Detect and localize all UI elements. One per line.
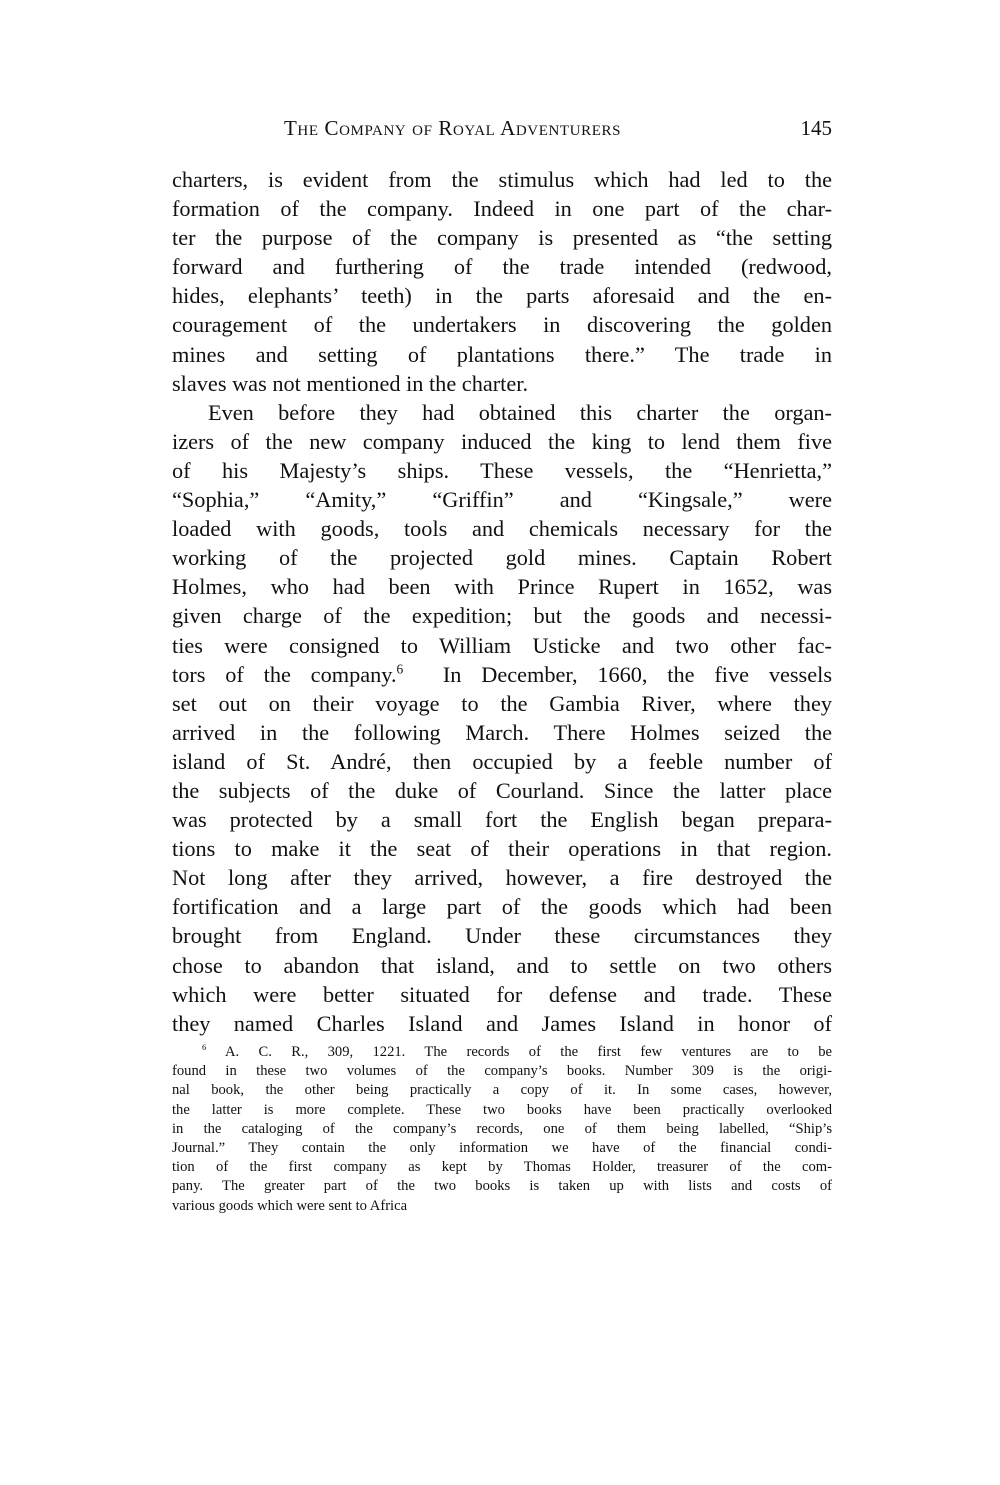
text-line: mines and setting of plantations there.”… — [172, 340, 832, 369]
text-line-with-footnote: tors of the company.6 In December, 1660,… — [172, 660, 832, 689]
footnote-line: in the cataloging of the company’s recor… — [172, 1120, 832, 1139]
text-line: loaded with goods, tools and chemicals n… — [172, 514, 832, 543]
footnote-line: various goods which were sent to Africa — [172, 1197, 832, 1216]
text-line: couragement of the undertakers in discov… — [172, 310, 832, 339]
text-fragment: In December, 1660, the five vessels — [403, 662, 832, 687]
text-line: the subjects of the duke of Courland. Si… — [172, 776, 832, 805]
text-line: izers of the new company induced the kin… — [172, 427, 832, 456]
text-line: was protected by a small fort the Englis… — [172, 805, 832, 834]
text-line: “Sophia,” “Amity,” “Griffin” and “Kingsa… — [172, 485, 832, 514]
footnote-line: tion of the first company as kept by Tho… — [172, 1158, 832, 1177]
text-line: formation of the company. Indeed in one … — [172, 194, 832, 223]
text-line: chose to abandon that island, and to set… — [172, 951, 832, 980]
footnote-line: Journal.” They contain the only informat… — [172, 1139, 832, 1158]
text-fragment: tors of the company. — [172, 662, 397, 687]
text-line: ties were consigned to William Usticke a… — [172, 631, 832, 660]
footnote-line: found in these two volumes of the compan… — [172, 1062, 832, 1081]
text-line: fortification and a large part of the go… — [172, 892, 832, 921]
text-line: charters, is evident from the stimulus w… — [172, 165, 832, 194]
text-line: given charge of the expedition; but the … — [172, 601, 832, 630]
text-line: arrived in the following March. There Ho… — [172, 718, 832, 747]
text-line: Even before they had obtained this chart… — [172, 398, 832, 427]
text-line: tions to make it the seat of their opera… — [172, 834, 832, 863]
text-fragment: A. C. R., 309, 1221. The records of the … — [225, 1044, 832, 1060]
text-line: which were better situated for defense a… — [172, 980, 832, 1009]
footnote-line: nal book, the other being practically a … — [172, 1081, 832, 1100]
text-line: forward and furthering of the trade inte… — [172, 252, 832, 281]
text-line: of his Majesty’s ships. These vessels, t… — [172, 456, 832, 485]
text-line: set out on their voyage to the Gambia Ri… — [172, 689, 832, 718]
footnote-line: the latter is more complete. These two b… — [172, 1101, 832, 1120]
text-line: Holmes, who had been with Prince Rupert … — [172, 572, 832, 601]
text-line: working of the projected gold mines. Cap… — [172, 543, 832, 572]
footnote-line: 6 A. C. R., 309, 1221. The records of th… — [172, 1043, 832, 1062]
text-line: island of St. André, then occupied by a … — [172, 747, 832, 776]
text-line: brought from England. Under these circum… — [172, 921, 832, 950]
text-line: slaves was not mentioned in the charter. — [172, 369, 832, 398]
footnote-marker: 6 — [202, 1042, 206, 1052]
footnote-line: pany. The greater part of the two books … — [172, 1177, 832, 1196]
running-header: The Company of Royal Adventurers 145 — [172, 116, 832, 146]
text-line: Not long after they arrived, however, a … — [172, 863, 832, 892]
page-number: 145 — [801, 116, 833, 141]
body-text: charters, is evident from the stimulus w… — [172, 165, 832, 1038]
text-line: ter the purpose of the company is presen… — [172, 223, 832, 252]
text-line: they named Charles Island and James Isla… — [172, 1009, 832, 1038]
running-title: The Company of Royal Adventurers — [284, 116, 621, 141]
text-line: hides, elephants’ teeth) in the parts af… — [172, 281, 832, 310]
footnotes: 6 A. C. R., 309, 1221. The records of th… — [172, 1043, 832, 1216]
